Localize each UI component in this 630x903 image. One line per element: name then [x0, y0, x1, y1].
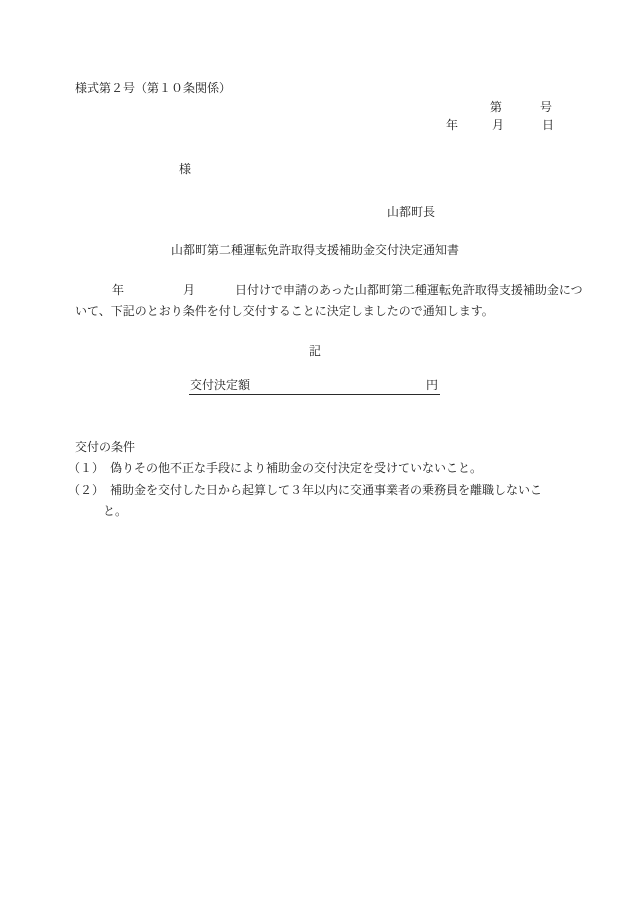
grant-amount-unit: 円: [426, 378, 438, 393]
sender-title: 山都町長: [387, 205, 435, 220]
grant-amount-label: 交付決定額: [190, 378, 250, 393]
issue-date-year-label: 年: [446, 118, 458, 133]
document-page: 様式第２号（第１０条関係） 第 号 年 月 日 様 山都町長 山都町第二種運転免…: [0, 0, 630, 903]
body-year-label: 年: [112, 283, 124, 298]
issue-date-day-label: 日: [542, 118, 554, 133]
body-month-label: 月: [183, 283, 195, 298]
condition-2-text-continued: と。: [103, 504, 127, 519]
body-line2-text: いて、下記のとおり条件を付し交付することに決定しましたので通知します。: [75, 304, 494, 319]
form-number: 様式第２号（第１０条関係）: [75, 81, 231, 96]
record-marker: 記: [0, 344, 630, 359]
conditions-heading: 交付の条件: [75, 440, 135, 455]
doc-number-unit: 号: [540, 100, 552, 115]
condition-1-text: 偽りその他不正な手段により補助金の交付決定を受けていないこと。: [110, 461, 482, 476]
addressee-honorific: 様: [179, 162, 191, 177]
document-title: 山都町第二種運転免許取得支援補助金交付決定通知書: [0, 243, 630, 258]
grant-amount-fill-line: 交付決定額 円: [189, 377, 440, 395]
doc-number-prefix: 第: [490, 100, 502, 115]
condition-2-text: 補助金を交付した日から起算して３年以内に交通事業者の乗務員を離職しないこ: [110, 483, 542, 498]
condition-2-number: （２）: [68, 483, 104, 498]
issue-date-month-label: 月: [492, 118, 504, 133]
condition-1-number: （１）: [68, 461, 104, 476]
body-line1-text: 日付けで申請のあった山都町第二種運転免許取得支援補助金につ: [235, 283, 583, 298]
